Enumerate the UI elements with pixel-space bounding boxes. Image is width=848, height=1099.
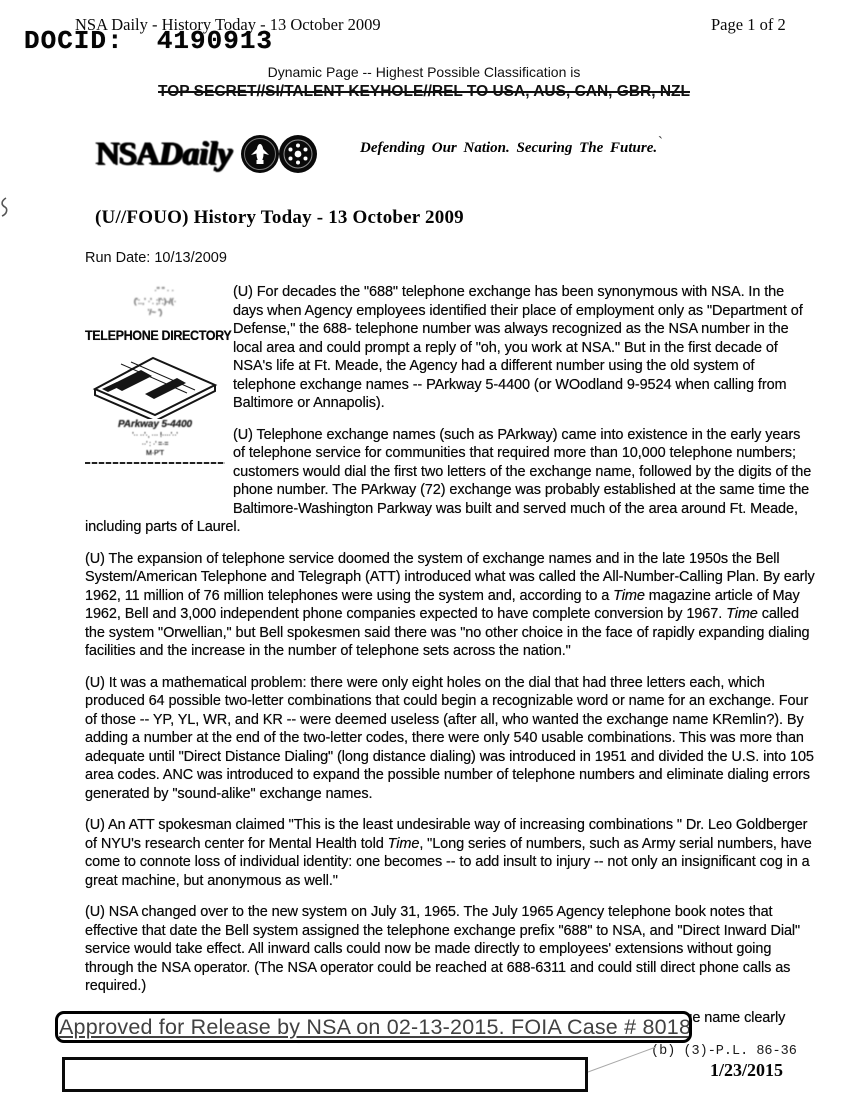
article-title: (U//FOUO) History Today - 13 October 200…	[95, 206, 815, 230]
figure-caption-line: PArkway 5-4400	[85, 419, 225, 431]
release-date-stamp: 1/23/2015	[710, 1060, 783, 1081]
classification-level-struckthrough: TOP SECRET//SI/TALENT KEYHOLE//REL TO US…	[0, 83, 848, 101]
article-paragraph: (U) The expansion of telephone service d…	[85, 550, 815, 661]
figure-underline	[85, 462, 225, 464]
run-date: Run Date: 10/13/2009	[85, 250, 815, 266]
figure-stamp-line: ·'' '' · ·	[94, 285, 234, 296]
foia-approval-banner: Approved for Release by NSA on 02-13-201…	[55, 1011, 692, 1043]
figure-stamp-line: (':.,' ·'. ;!':)-/(·	[85, 296, 225, 307]
article-body: ·'' '' · ·(':.,' ·'. ;!':)-/(·'/~ ') TEL…	[85, 283, 815, 1046]
logo-daily-text: Daily	[159, 136, 232, 172]
tagline: Defending Our Nation. Securing The Futur…	[360, 140, 657, 157]
logo-nsa-text: NSA	[96, 136, 159, 172]
agency-seals-icon	[240, 132, 318, 176]
docid-stamp: DOCID: 4190913	[24, 26, 273, 56]
nsa-building-sketch	[89, 351, 221, 419]
figure-caption-line: ··' : ·' =·=	[85, 440, 225, 449]
page-indicator: Page 1 of 2	[711, 15, 786, 35]
foia-exemption-code: (b) (3)-P.L. 86-36	[651, 1044, 797, 1059]
nsa-daily-masthead: NSADaily Defending Our Nation. Securing …	[96, 126, 318, 182]
foia-approval-text: Approved for Release by NSA on 02-13-201…	[58, 1014, 689, 1040]
article: (U//FOUO) History Today - 13 October 200…	[85, 206, 815, 1059]
redaction-box	[62, 1057, 588, 1092]
figure-caption: PArkway 5-4400'·· ··'·, ··· !····'··'··'…	[85, 419, 225, 458]
classification-intro: Dynamic Page -- Highest Possible Classif…	[0, 64, 848, 80]
article-paragraph: (U) It was a mathematical problem: there…	[85, 674, 815, 804]
figure-label: TELEPHONE DIRECTORY	[85, 327, 215, 346]
classification-banner: Dynamic Page -- Highest Possible Classif…	[0, 64, 848, 101]
figure-stamp: ·'' '' · ·(':.,' ·'. ;!':)-/(·'/~ ')	[85, 285, 225, 318]
scan-edge-artifact	[0, 196, 10, 218]
figure-caption-line: M·P'T	[85, 449, 225, 458]
article-paragraph: (U) NSA changed over to the new system o…	[85, 903, 815, 996]
figure-stamp-line: '/~ ')	[85, 307, 225, 318]
scan-mark: `	[658, 134, 663, 151]
scanned-document-page: NSA Daily - History Today - 13 October 2…	[0, 0, 848, 1099]
figure-caption-line: '·· ··'·, ··· !····'··'	[85, 431, 225, 440]
leader-line	[586, 1043, 658, 1075]
telephone-directory-figure: ·'' '' · ·(':.,' ·'. ;!':)-/(·'/~ ') TEL…	[85, 285, 225, 505]
article-paragraph: (U) An ATT spokesman claimed "This is th…	[85, 816, 815, 890]
nsa-daily-logo: NSADaily	[96, 136, 232, 173]
